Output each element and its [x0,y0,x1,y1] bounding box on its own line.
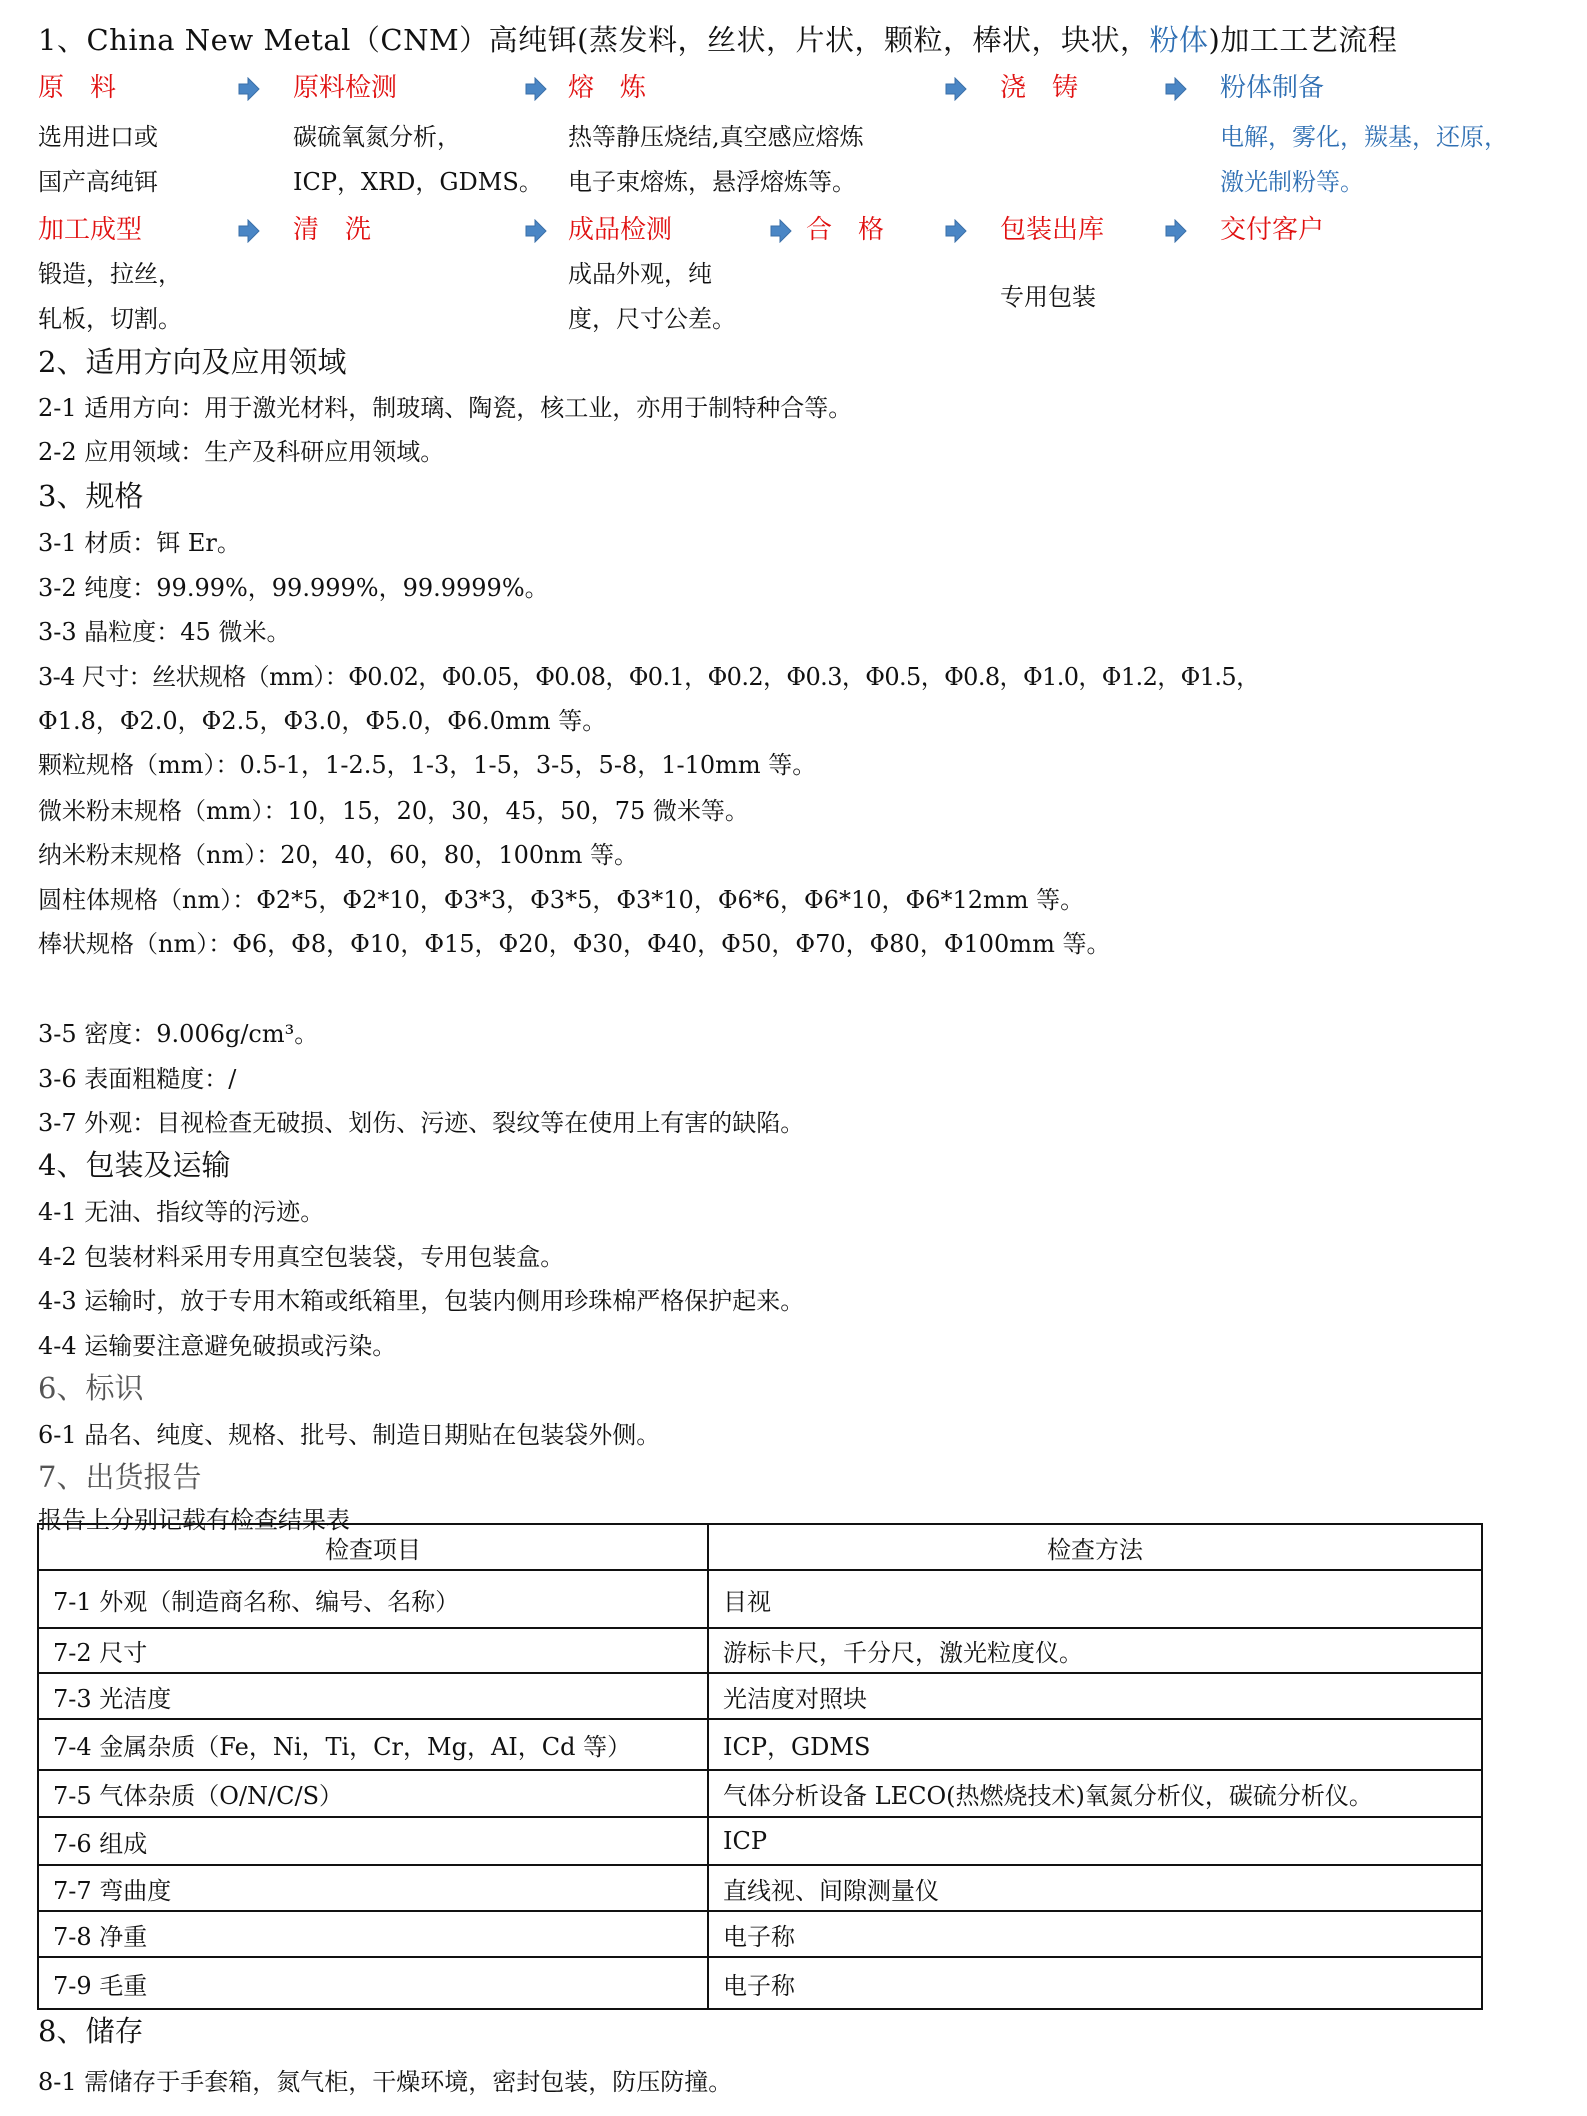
paragraph: 圆柱体规格（nm）：Φ2*5，Φ2*10，Φ3*3，Φ3*5，Φ3*10，Φ6*… [38,888,1084,912]
flow-desc: 电解，雾化，羰基，还原， [1220,125,1508,149]
flow-step-final-inspection: 成品检测 [568,217,672,243]
paragraph: 纳米粉末规格（nm）：20，40，60，80，100nm 等。 [38,843,638,867]
flow-desc: 电子束熔炼，悬浮熔炼等。 [568,170,856,194]
section-heading-storage: 8、储存 [38,2017,143,2046]
table-row: 7-3 光洁度 光洁度对照块 [38,1673,1482,1719]
table-row: 7-1 外观（制造商名称、编号、名称） 目视 [38,1570,1482,1628]
table-cell: 电子称 [708,1911,1482,1957]
table-row: 7-2 尺寸 游标卡尺，千分尺，激光粒度仪。 [38,1628,1482,1673]
flow-desc: 热等静压烧结,真空感应熔炼 [568,125,864,149]
right-arrow-icon [238,219,260,243]
table-row: 7-7 弯曲度 直线视、间隙测量仪 [38,1865,1482,1911]
flow-desc: 度，尺寸公差。 [568,307,736,331]
flow-desc: 专用包装 [1000,285,1096,309]
paragraph: 3-4 尺寸：丝状规格（mm）：Φ0.02，Φ0.05，Φ0.08，Φ0.1，Φ… [38,665,1259,689]
flow-step-raw-material: 原 料 [38,75,116,101]
table-cell: 7-2 尺寸 [38,1628,708,1673]
paragraph: 微米粉末规格（mm）：10，15，20，30，45，50，75 微米等。 [38,799,749,823]
flow-step-forming: 加工成型 [38,217,142,243]
table-cell: 目视 [708,1570,1482,1628]
right-arrow-icon [1165,219,1187,243]
flow-desc: 轧板，切割。 [38,307,182,331]
right-arrow-icon [525,219,547,243]
paragraph: 2-2 应用领域：生产及科研应用领域。 [38,440,444,464]
title-prefix: 1、China New Metal（CNM）高纯铒(蒸发料，丝状，片状，颗粒，棒… [38,23,1150,57]
section-heading-packaging: 4、包装及运输 [38,1151,230,1180]
paragraph: 2-1 适用方向：用于激光材料，制玻璃、陶瓷，核工业，亦用于制特种合等。 [38,396,852,420]
table-cell: 7-9 毛重 [38,1957,708,2009]
table-cell: 7-8 净重 [38,1911,708,1957]
table-header-row: 检查项目 检查方法 [38,1524,1482,1570]
flow-desc: 锻造，拉丝， [38,262,182,286]
table-cell: 7-1 外观（制造商名称、编号、名称） [38,1570,708,1628]
paragraph: 3-3 晶粒度：45 微米。 [38,620,290,644]
paragraph: 3-2 纯度：99.99%，99.999%，99.9999%。 [38,576,549,600]
right-arrow-icon [945,77,967,101]
table-cell: 7-5 气体杂质（O/N/C/S） [38,1770,708,1817]
flow-step-smelting: 熔 炼 [568,75,646,101]
table-cell: 光洁度对照块 [708,1673,1482,1719]
table-cell: 直线视、间隙测量仪 [708,1865,1482,1911]
flow-step-casting: 浇 铸 [1000,75,1078,101]
flow-step-raw-inspection: 原料检测 [293,75,397,101]
column-header: 检查项目 [38,1524,708,1570]
table-cell: 7-6 组成 [38,1817,708,1865]
table-row: 7-4 金属杂质（Fe，Ni，Ti，Cr，Mg，AI，Cd 等） ICP，GDM… [38,1719,1482,1770]
section-heading-application: 2、适用方向及应用领域 [38,348,346,377]
section-heading-labeling: 6、标识 [38,1374,143,1403]
flow-desc: 选用进口或 [38,125,158,149]
flow-step-qualified: 合 格 [806,217,884,243]
flow-step-cleaning: 清 洗 [293,217,371,243]
table-cell: 7-4 金属杂质（Fe，Ni，Ti，Cr，Mg，AI，Cd 等） [38,1719,708,1770]
flow-desc: 碳硫氧氮分析， [293,125,461,149]
table-row: 7-5 气体杂质（O/N/C/S） 气体分析设备 LECO(热燃烧技术)氧氮分析… [38,1770,1482,1817]
flow-step-powder-prep: 粉体制备 [1220,75,1324,101]
paragraph: 8-1 需储存于手套箱，氮气柜，干燥环境，密封包装，防压防撞。 [38,2070,732,2094]
flow-desc: 成品外观，纯 [568,262,712,286]
table-cell: 7-7 弯曲度 [38,1865,708,1911]
table-cell: 气体分析设备 LECO(热燃烧技术)氧氮分析仪，碳硫分析仪。 [708,1770,1482,1817]
paragraph: 4-2 包装材料采用专用真空包装袋，专用包装盒。 [38,1245,564,1269]
table-row: 7-9 毛重 电子称 [38,1957,1482,2009]
paragraph: 3-6 表面粗糙度：/ [38,1067,236,1091]
table-row: 7-8 净重 电子称 [38,1911,1482,1957]
table-row: 7-6 组成 ICP [38,1817,1482,1865]
section-heading-report: 7、出货报告 [38,1463,201,1492]
table-cell: 游标卡尺，千分尺，激光粒度仪。 [708,1628,1482,1673]
paragraph: 4-4 运输要注意避免破损或污染。 [38,1334,396,1358]
flow-step-packing: 包装出库 [1000,217,1104,243]
paragraph: Φ1.8，Φ2.0，Φ2.5，Φ3.0，Φ5.0，Φ6.0mm 等。 [38,709,606,733]
paragraph: 棒状规格（nm）：Φ6，Φ8，Φ10，Φ15，Φ20，Φ30，Φ40，Φ50，Φ… [38,932,1110,956]
table-cell: ICP [708,1817,1482,1865]
flow-step-delivery: 交付客户 [1220,217,1324,243]
paragraph: 4-3 运输时，放于专用木箱或纸箱里，包装内侧用珍珠棉严格保护起来。 [38,1289,804,1313]
paragraph: 4-1 无油、指纹等的污迹。 [38,1200,324,1224]
flow-desc: ICP，XRD，GDMS。 [293,170,543,194]
document-title: 1、China New Metal（CNM）高纯铒(蒸发料，丝状，片状，颗粒，棒… [38,26,1397,55]
paragraph: 3-7 外观：目视检查无破损、划伤、污迹、裂纹等在使用上有害的缺陷。 [38,1111,804,1135]
paragraph: 3-1 材质：铒 Er。 [38,531,241,555]
flow-desc: 激光制粉等。 [1220,170,1364,194]
right-arrow-icon [1165,77,1187,101]
inspection-table: 检查项目 检查方法 7-1 外观（制造商名称、编号、名称） 目视 7-2 尺寸 … [37,1523,1483,2010]
title-highlight: 粉体 [1150,23,1209,57]
table-cell: ICP，GDMS [708,1719,1482,1770]
table-cell: 电子称 [708,1957,1482,2009]
right-arrow-icon [770,219,792,243]
title-suffix: )加工工艺流程 [1209,23,1398,57]
table-cell: 7-3 光洁度 [38,1673,708,1719]
paragraph: 6-1 品名、纯度、规格、批号、制造日期贴在包装袋外侧。 [38,1423,660,1447]
section-heading-spec: 3、规格 [38,482,143,511]
right-arrow-icon [238,77,260,101]
paragraph: 颗粒规格（mm）：0.5-1，1-2.5，1-3，1-5，3-5，5-8，1-1… [38,753,816,777]
right-arrow-icon [945,219,967,243]
paragraph: 3-5 密度：9.006g/cm³。 [38,1022,318,1046]
right-arrow-icon [525,77,547,101]
column-header: 检查方法 [708,1524,1482,1570]
flow-desc: 国产高纯铒 [38,170,158,194]
